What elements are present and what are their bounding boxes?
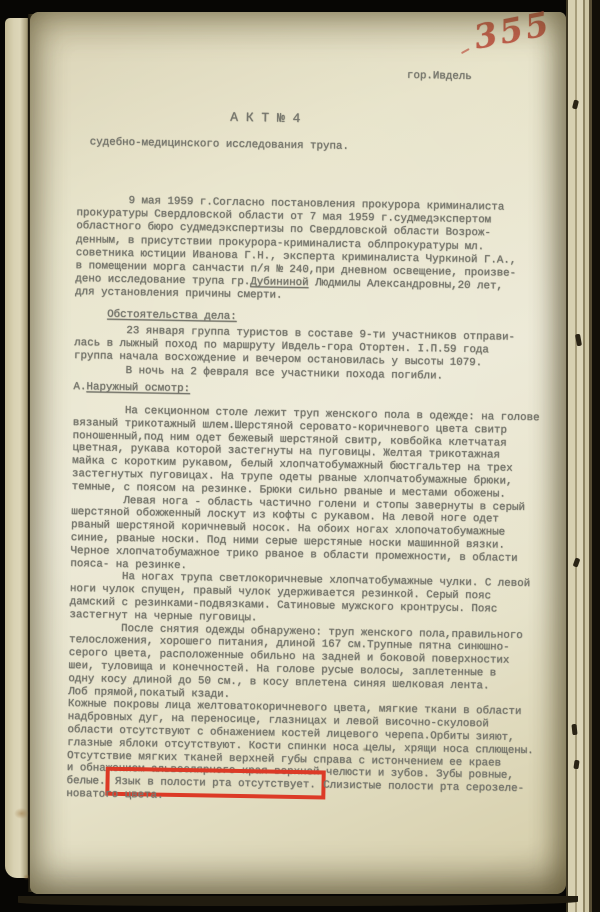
pen-tick-mark	[461, 48, 470, 54]
scanned-document-photo: { "colors":{ "highlight-red":"#dc3a26", …	[0, 0, 600, 912]
underlined-text: Наружный осмотр:	[86, 381, 190, 395]
handwritten-page-number: 355	[473, 16, 552, 44]
text-segment: А.	[73, 381, 86, 393]
document-page: 355 гор.Ивдель А К Т № 4 судебно-медицин…	[30, 12, 566, 894]
act-subtitle: судебно-медицинского исследования трупа.	[90, 136, 349, 154]
bottom-page-edge	[18, 896, 578, 906]
act-title: А К Т № 4	[230, 111, 300, 125]
photo-background: 355 гор.Ивдель А К Т № 4 судебно-медицин…	[0, 0, 600, 912]
underlined-text: Дубининой	[250, 276, 309, 289]
text-line: А.Наружный осмотр:	[73, 381, 565, 403]
typed-text-layer: 355 гор.Ивдель А К Т № 4 судебно-медицин…	[23, 7, 574, 898]
paper-stain	[23, 874, 30, 880]
ink-speck	[362, 747, 368, 752]
page-edge-mark	[571, 724, 577, 735]
text-segment: Людмилы Александровны,20 лет,	[308, 277, 503, 292]
paper-stain	[14, 808, 29, 819]
page-stack-edge	[566, 0, 600, 912]
city-label: гор.Ивдель	[407, 70, 472, 84]
text-segment	[75, 308, 108, 321]
case-details-paragraph: 23 января группа туристов в составе 9-ти…	[74, 324, 567, 385]
text-segment: Слизистые полости рта серозеле-	[317, 779, 525, 795]
intro-paragraph: 9 мая 1959 г.Согласно постановления прок…	[75, 194, 569, 308]
page-number-text: 355	[471, 4, 555, 57]
underlined-text: Обстоятельства дела:	[107, 309, 237, 323]
external-exam-heading: А.Наружный осмотр:	[73, 381, 565, 403]
external-exam-paragraph: На секционном столе лежит труп женского …	[66, 404, 565, 809]
